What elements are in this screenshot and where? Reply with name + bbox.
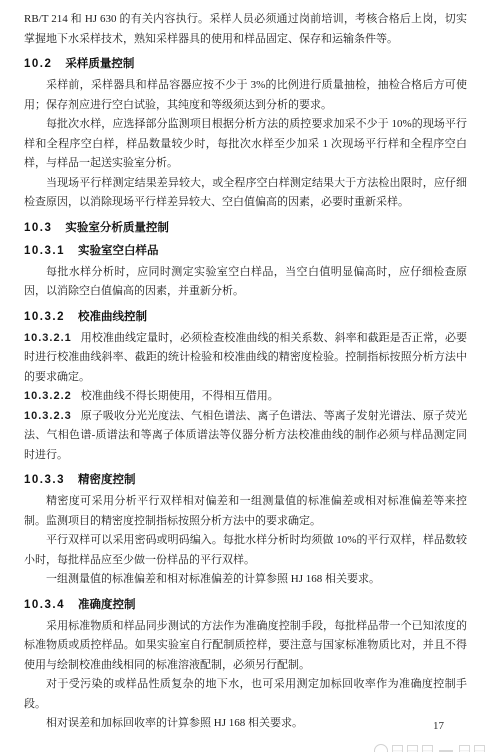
clause-number: 10.3.2.1 <box>24 332 72 344</box>
section-title: 实验室空白样品 <box>78 245 159 257</box>
watermark-glyph <box>459 745 470 752</box>
clause-paragraph-10-3-2-3: 10.3.2.3原子吸收分光光度法、气相色谱法、离子色谱法、等离子发射光谱法、原… <box>24 407 467 466</box>
page-number: 17 <box>433 720 444 732</box>
watermark-partial <box>374 744 485 752</box>
section-number: 10.3.2 <box>24 311 65 323</box>
clause-paragraph-10-3-2-1: 10.3.2.1用校准曲线定量时，必须检查校准曲线的相关系数、斜率和截距是否正常… <box>24 329 467 388</box>
section-title: 实验室分析质量控制 <box>65 222 169 234</box>
section-heading-10-3-3: 10.3.3精密度控制 <box>24 473 467 488</box>
paragraph: 精密度可采用分析平行双样相对偏差和一组测量值的标准偏差或相对标准偏差等来控制。监… <box>24 492 467 531</box>
paragraph: 对于受污染的或样品性质复杂的地下水，也可采用测定加标回收率作为准确度控制手段。 <box>24 675 467 714</box>
section-number: 10.3 <box>24 222 52 234</box>
section-heading-10-3-2: 10.3.2校准曲线控制 <box>24 310 467 325</box>
paragraph: 相对误差和加标回收率的计算参照 HJ 168 相关要求。 <box>24 714 467 734</box>
paragraph: 一组测量值的标准偏差和相对标准偏差的计算参照 HJ 168 相关要求。 <box>24 570 467 590</box>
paragraph: 当现场平行样测定结果差异较大，或全程序空白样测定结果大于方法检出限时，应仔细检查… <box>24 174 467 213</box>
document-content: RB/T 214 和 HJ 630 的有关内容执行。采样人员必须通过岗前培训，考… <box>0 0 491 734</box>
section-title: 采样质量控制 <box>65 58 134 70</box>
paragraph: 采样前，采样器具和样品容器应按不少于 3%的比例进行质量抽检，抽检合格后方可使用… <box>24 76 467 115</box>
paragraph-continuation: RB/T 214 和 HJ 630 的有关内容执行。采样人员必须通过岗前培训，考… <box>24 10 467 49</box>
clause-paragraph-10-3-2-2: 10.3.2.2校准曲线不得长期使用，不得相互借用。 <box>24 387 467 407</box>
clause-text: 用校准曲线定量时，必须检查校准曲线的相关系数、斜率和截距是否正常，必要时进行校准… <box>24 332 467 383</box>
section-title: 校准曲线控制 <box>78 311 147 323</box>
watermark-logo-icon <box>374 744 388 752</box>
paragraph: 平行双样可以采用密码或明码编入。每批水样分析时均须做 10%的平行双样，样品数较… <box>24 531 467 570</box>
paragraph: 每批次水样，应选择部分监测项目根据分析方法的质控要求加采不少于 10%的现场平行… <box>24 115 467 174</box>
paragraph: 每批水样分析时，应同时测定实验室空白样品，当空白值明显偏高时，应仔细检查原因，以… <box>24 263 467 302</box>
section-heading-10-2: 10.2采样质量控制 <box>24 57 467 72</box>
clause-text: 校准曲线不得长期使用，不得相互借用。 <box>81 390 279 402</box>
watermark-glyph <box>407 745 418 752</box>
section-title: 准确度控制 <box>78 599 136 611</box>
section-title: 精密度控制 <box>78 474 136 486</box>
section-number: 10.3.3 <box>24 474 65 486</box>
clause-number: 10.3.2.3 <box>24 410 72 422</box>
section-heading-10-3: 10.3实验室分析质量控制 <box>24 221 467 236</box>
clause-text: 原子吸收分光光度法、气相色谱法、离子色谱法、等离子发射光谱法、原子荧光法、气相色… <box>24 410 467 461</box>
watermark-glyph <box>474 745 485 752</box>
clause-number: 10.3.2.2 <box>24 390 72 402</box>
section-number: 10.3.4 <box>24 599 65 611</box>
section-number: 10.3.1 <box>24 245 65 257</box>
section-heading-10-3-1: 10.3.1实验室空白样品 <box>24 244 467 259</box>
watermark-glyph <box>392 745 403 752</box>
section-number: 10.2 <box>24 58 52 70</box>
document-page: RB/T 214 和 HJ 630 的有关内容执行。采样人员必须通过岗前培训，考… <box>0 0 491 752</box>
paragraph: 采用标准物质和样品同步测试的方法作为准确度控制手段，每批样品带一个已知浓度的标准… <box>24 617 467 676</box>
section-heading-10-3-4: 10.3.4准确度控制 <box>24 598 467 613</box>
watermark-glyph <box>422 745 433 752</box>
